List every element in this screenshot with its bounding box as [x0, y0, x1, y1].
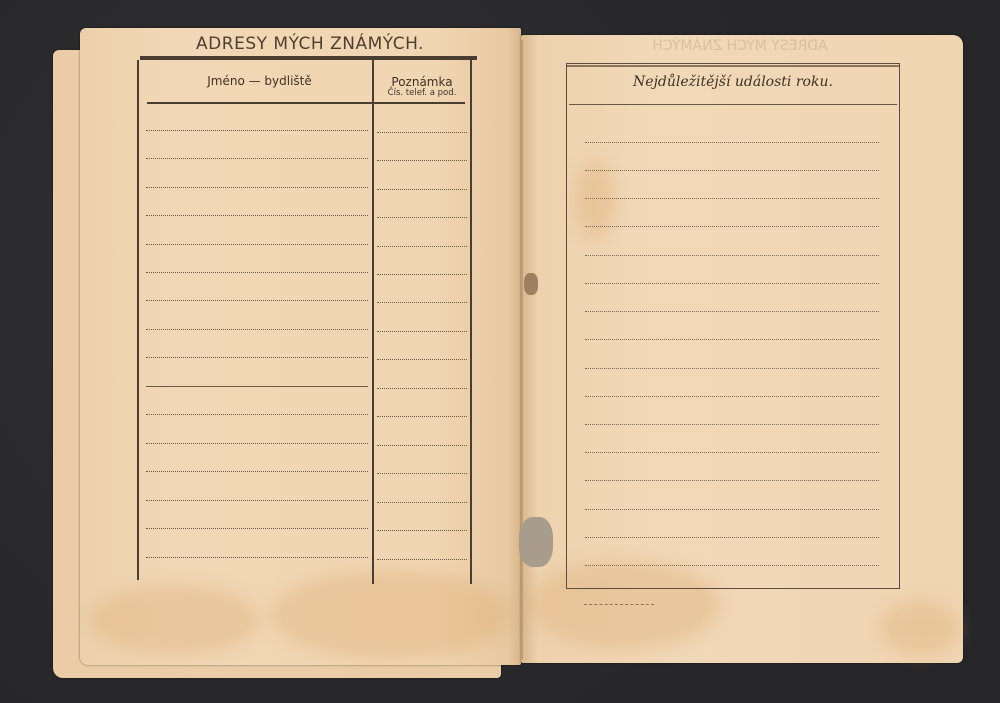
event-line	[585, 255, 879, 256]
table-top-rule	[140, 56, 477, 60]
water-stain	[880, 600, 960, 655]
table-row-line-note	[377, 559, 467, 560]
table-row-line-note	[377, 502, 467, 503]
events-box: Nejdůležitější události roku.	[566, 63, 900, 589]
header-rule	[147, 102, 465, 104]
event-line	[585, 339, 879, 340]
table-row-line-name	[146, 244, 368, 245]
table-row-line-note	[377, 302, 467, 303]
event-line	[585, 142, 879, 143]
table-row-line-note	[377, 274, 467, 275]
table-row-line-note	[377, 331, 467, 332]
page-title-right: Nejdůležitější události roku.	[567, 74, 899, 90]
table-row-line-note	[377, 473, 467, 474]
event-line	[585, 396, 879, 397]
event-line	[585, 170, 879, 171]
table-row-line-note	[377, 160, 467, 161]
table-row-line-note	[377, 132, 467, 133]
water-stain	[270, 570, 510, 660]
event-line	[585, 509, 879, 510]
header-rule	[569, 104, 897, 105]
book-spine	[521, 40, 523, 660]
event-line	[585, 283, 879, 284]
event-line	[585, 311, 879, 312]
print-mark	[584, 604, 654, 605]
table-row-line-name	[146, 357, 368, 358]
table-left-rule	[137, 60, 139, 580]
event-line	[585, 226, 879, 227]
table-row-line-name	[146, 471, 368, 472]
paper-damage	[519, 517, 553, 567]
column-header-name: Jméno — bydliště	[147, 74, 372, 88]
column-header-note-sublabel: Čís. telef. a pod.	[374, 89, 470, 98]
event-line	[585, 565, 879, 566]
table-row-line-name	[146, 414, 368, 415]
table-row-line-note	[377, 246, 467, 247]
table-row-line-note	[377, 217, 467, 218]
table-row-line-name	[146, 272, 368, 273]
event-line	[585, 452, 879, 453]
paper-damage	[524, 273, 538, 295]
table-row-line-name	[146, 215, 368, 216]
table-row-line-note	[377, 445, 467, 446]
column-divider	[372, 60, 374, 584]
table-row-line-name	[146, 130, 368, 131]
table-row-line-name	[146, 300, 368, 301]
column-header-note: Poznámka Čís. telef. a pod.	[374, 76, 470, 99]
table-row-line-note	[377, 359, 467, 360]
event-line	[585, 537, 879, 538]
table-row-line-name	[146, 528, 368, 529]
table-row-line-name	[146, 386, 368, 387]
table-row-line-name	[146, 187, 368, 188]
event-line	[585, 480, 879, 481]
table-row-line-note	[377, 388, 467, 389]
table-row-line-name	[146, 500, 368, 501]
page-title-left: ADRESY MÝCH ZNÁMÝCH.	[140, 34, 480, 54]
table-row-line-name	[146, 443, 368, 444]
table-row-line-name	[146, 557, 368, 558]
event-line	[585, 368, 879, 369]
box-top-rule	[566, 65, 900, 67]
event-line	[585, 198, 879, 199]
table-row-line-note	[377, 530, 467, 531]
table-row-line-note	[377, 416, 467, 417]
event-line	[585, 424, 879, 425]
table-row-line-note	[377, 189, 467, 190]
table-right-rule	[470, 60, 472, 584]
table-row-line-name	[146, 329, 368, 330]
table-row-line-name	[146, 158, 368, 159]
bleed-through-text: ADRESY MÝCH ZNÁMÝCH	[620, 38, 860, 54]
water-stain	[90, 585, 260, 655]
